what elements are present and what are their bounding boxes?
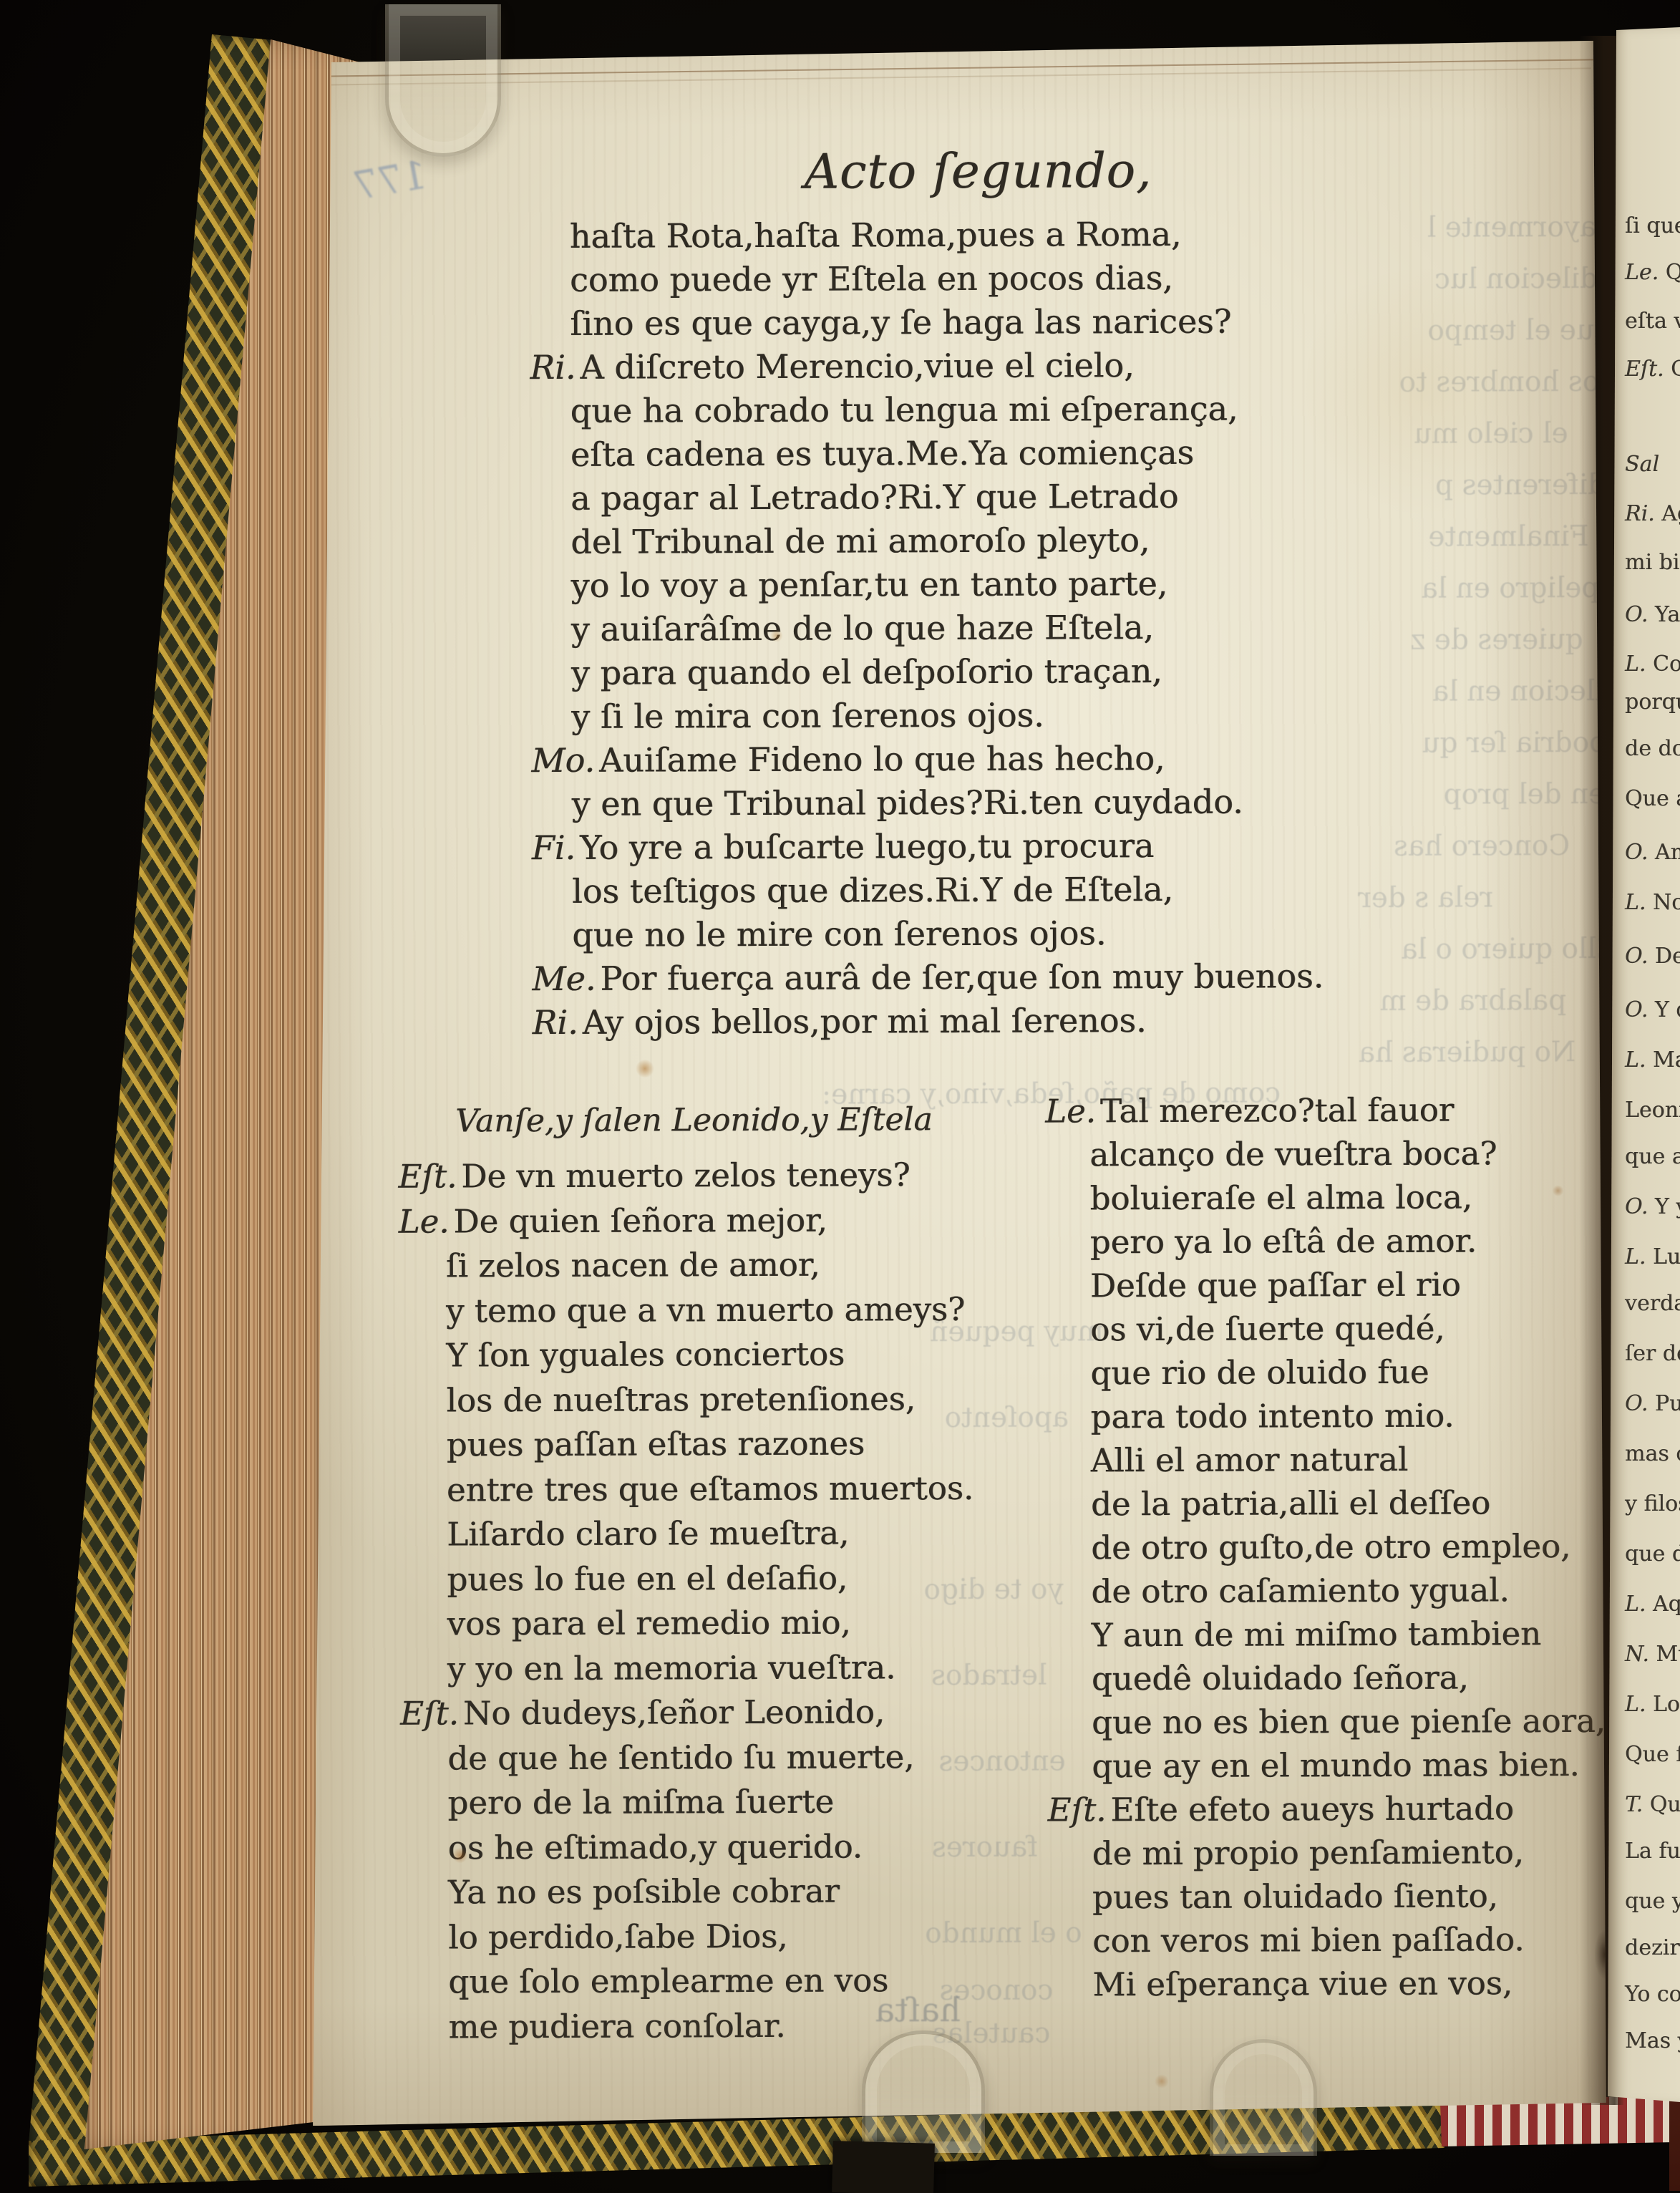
verse-text: del Tribunal de mi amoroſo pleyto, — [570, 521, 1150, 561]
next-page-text-fragment: O. Ya paga — [1625, 602, 1680, 627]
verse-line: pues tan oluidado ſiento, — [1092, 1874, 1606, 1920]
verse-line: que no le mire con ſerenos ojos. — [572, 911, 1324, 957]
next-page-text-fragment: que dez — [1625, 1541, 1680, 1567]
verse-text: Y aun de mi miſmo tambien — [1092, 1615, 1542, 1654]
verse-line: de mi propio penſamiento, — [1092, 1830, 1606, 1876]
next-page-text-fragment: eſta ver — [1625, 309, 1680, 334]
verse-text: lo perdido,ſabe Dios, — [448, 1917, 788, 1956]
verse-text: boluieraſe el alma loca, — [1089, 1178, 1472, 1217]
speaker-abbreviation: Eſt. — [400, 1694, 459, 1732]
page-top-rule — [323, 59, 1594, 77]
glass-clamp-bottom-right — [1210, 2039, 1317, 2156]
verse-line: Eſt.Eſte efeto aueys hurtado — [1092, 1786, 1606, 1832]
speaker-abbreviation: L. — [1625, 1592, 1653, 1617]
verse-line: Me.Por fuerça aurâ de ſer,que ſon muy bu… — [572, 954, 1324, 1001]
verse-text: Eſte efeto aueys hurtado — [1110, 1789, 1514, 1829]
next-page-text-fragment: L. Mas os c — [1625, 1047, 1680, 1073]
speaker-abbreviation: Le. — [399, 1202, 450, 1240]
verse-line: quedê oluidado ſeñora, — [1092, 1655, 1606, 1701]
speaker-abbreviation: O. — [1625, 997, 1655, 1022]
verse-text: Auiſame Fideno lo que has hecho, — [599, 739, 1165, 780]
verse-line: del Tribunal de mi amoroſo pleyto, — [570, 518, 1322, 564]
verse-text: de otro guſto,de otro empleo, — [1091, 1527, 1570, 1567]
verse-text: yo lo voy a penſar,tu en tanto parte, — [570, 564, 1167, 605]
verse-column-right: Le.Tal merezco?tal fauoralcanço de vueſt… — [1089, 1088, 1606, 2006]
speaker-abbreviation: Le. — [1045, 1092, 1096, 1130]
speaker-abbreviation: T. — [1625, 1792, 1650, 1817]
verse-line: alcanço de vueſtra boca? — [1089, 1131, 1603, 1177]
page-top-rule-2 — [324, 67, 1591, 85]
speaker-abbreviation: Ri. — [1625, 501, 1661, 526]
verse-line: pero de la miſma ſuerte — [447, 1779, 974, 1826]
verse-line: Alli el amor natural — [1091, 1437, 1605, 1483]
verse-text: de la patria,alli el deſſeo — [1091, 1483, 1490, 1523]
glass-clamp-top — [385, 4, 501, 157]
speaker-abbreviation: Sal — [1625, 452, 1659, 477]
verse-text: y temo que a vn muerto ameys? — [446, 1289, 965, 1330]
showthrough-text: rela s der — [1358, 881, 1493, 914]
verse-text: Deſde que paſſar el rio — [1090, 1266, 1461, 1305]
next-page-text-fragment: de donde — [1625, 736, 1680, 761]
verse-text: de que he ſentido ſu muerte, — [447, 1738, 914, 1777]
verse-text: que ay en el mundo mas bien. — [1092, 1746, 1580, 1785]
verse-text: Ya no es poſsible cobrar — [448, 1872, 840, 1912]
speaker-abbreviation: L. — [1625, 652, 1653, 677]
speaker-abbreviation: Eſt. — [1047, 1791, 1106, 1829]
verse-text: A diſcreto Merencio,viue el cielo, — [580, 346, 1134, 387]
verse-line: Y aun de mi miſmo tambien — [1092, 1612, 1606, 1657]
verse-line: eſta cadena es tuya.Me.Ya comienças — [570, 430, 1322, 477]
verse-line: Fi.Yo yre a buſcarte luego,tu procura — [572, 823, 1324, 870]
verse-text: con veros mi bien paſſado. — [1092, 1920, 1524, 1960]
next-page-text-fragment: Eſt. Quand — [1625, 357, 1680, 382]
verse-line: y para quando el deſpoſorio traçan, — [571, 649, 1323, 695]
next-page-text-fragment: y filos — [1625, 1491, 1680, 1516]
verse-line: como puede yr Eſtela en pocos dias, — [570, 256, 1321, 302]
verse-text: y para quando el deſpoſorio traçan, — [571, 652, 1162, 692]
verse-text: que ſolo emplearme en vos — [448, 1961, 888, 2000]
verse-line: que ha cobrado tu lengua mi eſperança, — [570, 387, 1322, 433]
next-page-text-fragment: mi bien — [1625, 550, 1680, 575]
verse-text: pues lo fue en el deſafio, — [447, 1559, 848, 1598]
verse-line: que no es bien que pienſe aora, — [1092, 1699, 1606, 1745]
verse-line: Deſde que paſſar el rio — [1090, 1262, 1604, 1308]
verse-text: pues paſſan eſtas razones — [447, 1424, 865, 1463]
speaker-abbreviation: Mo. — [531, 741, 595, 780]
verse-text: para todo intento mio. — [1091, 1397, 1455, 1436]
next-page-text-fragment: L. Lo miſ — [1625, 1692, 1680, 1717]
paper-stain — [636, 1059, 654, 1078]
catchword-showthrough: haſta — [875, 1990, 961, 2029]
verse-text: Y ſon yguales conciertos — [446, 1335, 845, 1375]
showthrough-text: el cielo mu — [1414, 417, 1568, 450]
next-page-text-fragment: Ri. Agora e — [1625, 501, 1680, 526]
showthrough-text: Finalmente — [1428, 521, 1588, 553]
verse-text: los teſtigos que dizes.Ri.Y de Eſtela, — [572, 870, 1173, 911]
showthrough-text: quieres de z — [1411, 624, 1583, 657]
verse-line: entre tres que eſtamos muertos. — [447, 1466, 973, 1512]
verse-line: a pagar al Letrado?Ri.Y que Letrado — [570, 474, 1322, 521]
speaker-abbreviation: Ri. — [530, 348, 576, 387]
verse-text: De vn muerto zelos teneys? — [461, 1156, 910, 1195]
verse-column-left: Eſt.De vn muerto zelos teneys?Le.De quie… — [445, 1153, 976, 2050]
verse-text: que no le mire con ſerenos ojos. — [572, 914, 1106, 954]
next-page-text-fragment: Que aue — [1625, 786, 1680, 811]
showthrough-text: Concero has — [1394, 830, 1570, 863]
verse-line: Le.De quien ſeñora mejor, — [446, 1197, 973, 1244]
next-page-text-fragment: O. De quie — [1625, 944, 1680, 969]
verse-text: Ay ojos bellos,por mi mal ſerenos. — [583, 1001, 1147, 1042]
next-page-text-fragment: que yo — [1625, 1889, 1680, 1914]
verse-text: eſta cadena es tuya.Me.Ya comienças — [570, 433, 1194, 474]
verse-block-top: haſta Rota,haſta Roma,pues a Roma,como p… — [570, 212, 1324, 1045]
next-page-text-fragment: Que ſal — [1625, 1742, 1680, 1767]
next-page-text-fragment: N. Muy bi — [1625, 1642, 1680, 1667]
verse-text: vos para el remedio mio, — [447, 1604, 851, 1643]
verse-line: con veros mi bien paſſado. — [1092, 1917, 1606, 1963]
stage-direction: Vanſe,y ſalen Leonido,y Eſtela — [455, 1101, 933, 1139]
verse-line: para todo intento mio. — [1091, 1393, 1605, 1439]
verse-text: No dudeys,ſeñor Leonido, — [463, 1693, 885, 1732]
verse-line: Le.Tal merezco?tal fauor — [1089, 1088, 1603, 1133]
next-page-text-fragment: L. Luego e — [1625, 1244, 1680, 1269]
verse-text: pues tan oluidado ſiento, — [1092, 1877, 1498, 1916]
verse-line: de que he ſentido ſu muerte, — [447, 1734, 974, 1781]
verse-text: y auiſarâſme de lo que haze Eſtela, — [571, 608, 1154, 649]
verse-text: ſino es que cayga,y ſe haga las narices? — [570, 302, 1231, 343]
next-page-text-fragment: ſi que tr — [1625, 213, 1680, 238]
clamp-holder-rod — [832, 2141, 935, 2193]
verse-text: Yo yre a buſcarte luego,tu procura — [580, 826, 1154, 867]
speaker-abbreviation: L. — [1625, 1692, 1653, 1717]
verse-line: de otro caſamiento ygual. — [1091, 1568, 1605, 1614]
verse-line: de la patria,alli el deſſeo — [1091, 1481, 1605, 1526]
paper-stain — [1155, 2074, 1169, 2088]
next-page-sliver: ſi que trLe. Quandeſta verEſt. QuandSal … — [1606, 27, 1680, 2105]
verse-text: Por fuerça aurâ de ſer,que ſon muy bueno… — [600, 957, 1324, 998]
act-heading: Acto ſegundo, — [804, 142, 1348, 200]
verse-text: quedê oluidado ſeñora, — [1092, 1659, 1469, 1698]
verse-line: ſi zelos nacen de amor, — [446, 1242, 973, 1289]
verse-line: y temo que a vn muerto ameys? — [446, 1287, 973, 1333]
next-page-text-fragment: ſer de — [1625, 1341, 1680, 1366]
verse-text: a pagar al Letrado?Ri.Y que Letrado — [570, 477, 1179, 518]
showthrough-text: palabra de m — [1380, 984, 1567, 1017]
speaker-abbreviation: Le. — [1625, 260, 1666, 285]
next-page-text-fragment: dezir o — [1625, 1935, 1680, 1960]
verse-line: os he eſtimado,y querido. — [448, 1824, 975, 1870]
speaker-abbreviation: L. — [1625, 890, 1653, 915]
verse-line: vos para el remedio mio, — [447, 1600, 974, 1647]
next-page-text-fragment: mas cie — [1625, 1441, 1680, 1466]
verse-line: Mo.Auiſame Fideno lo que has hecho, — [571, 736, 1323, 783]
verse-line: y yo en la memoria vueſtra. — [447, 1645, 974, 1691]
verse-line: y ſi le mira con ſerenos ojos. — [571, 692, 1323, 739]
verse-line: Ya no es poſsible cobrar — [448, 1869, 975, 1915]
next-page-text-fragment: Sal — [1625, 452, 1659, 477]
speaker-abbreviation: Me. — [532, 959, 596, 998]
next-page-text-fragment: O. Amor j — [1625, 840, 1680, 865]
verse-line: que ay en el mundo mas bien. — [1092, 1743, 1606, 1788]
verse-text: y en que Tribunal pides?Ri.ten cuydado. — [572, 783, 1243, 823]
next-page-text-fragment: L. Aqui e — [1625, 1592, 1680, 1617]
verse-text: os he eſtimado,y querido. — [448, 1827, 863, 1867]
verse-text: de mi propio penſamiento, — [1092, 1833, 1524, 1872]
verse-text: que no es bien que pienſe aora, — [1092, 1702, 1606, 1742]
next-page-text-fragment: O. Y de la r — [1625, 997, 1680, 1022]
verse-text: Tal merezco?tal fauor — [1100, 1091, 1454, 1131]
verse-line: Ri.A diſcreto Merencio,viue el cielo, — [570, 343, 1321, 389]
speaker-abbreviation: O. — [1625, 1391, 1655, 1416]
verse-text: y ſi le mira con ſerenos ojos. — [571, 696, 1044, 736]
verse-text: los de nueſtras pretenſiones, — [446, 1380, 916, 1419]
speaker-abbreviation: L. — [1625, 1047, 1653, 1073]
next-page-text-fragment: Yo con t — [1625, 1982, 1680, 2007]
verse-line: yo lo voy a penſar,tu en tanto parte, — [570, 561, 1322, 608]
book-page: 177 mayormente ly dilecion lucque el tem… — [303, 39, 1610, 2127]
verse-text: y yo en la memoria vueſtra. — [447, 1648, 896, 1688]
speaker-abbreviation: O. — [1625, 840, 1655, 865]
verse-text: como puede yr Eſtela en pocos dias, — [570, 258, 1173, 299]
next-page-text-fragment: T. Quando — [1625, 1792, 1680, 1817]
verse-text: Mi eſperança viue en vos, — [1092, 1964, 1513, 2003]
speaker-abbreviation: O. — [1625, 1194, 1655, 1219]
verse-line: que rio de oluido fue — [1090, 1350, 1604, 1395]
verse-line: pues lo fue en el deſafio, — [447, 1555, 973, 1602]
verse-text: pero de la miſma ſuerte — [447, 1783, 834, 1822]
verse-text: me pudiera conſolar. — [449, 2006, 786, 2046]
showthrough-text: peligro en la — [1422, 572, 1600, 605]
page-number-showthrough: 177 — [350, 152, 431, 209]
verse-line: boluieraſe el alma loca, — [1089, 1175, 1603, 1221]
speaker-abbreviation: Eſt. — [398, 1157, 457, 1195]
verse-line: Mi eſperança viue en vos, — [1092, 1961, 1606, 2007]
showthrough-text: No pudieras ha — [1359, 1036, 1575, 1069]
verse-text: que ha cobrado tu lengua mi eſperança, — [570, 389, 1238, 430]
verse-text: de otro caſamiento ygual. — [1091, 1571, 1509, 1610]
next-page-text-fragment: verdad?C — [1625, 1291, 1680, 1316]
verse-text: ſi zelos nacen de amor, — [446, 1246, 820, 1285]
next-page-text-fragment: Mas yo — [1625, 2028, 1680, 2053]
speaker-abbreviation: O. — [1625, 602, 1655, 627]
speaker-abbreviation: Ri. — [533, 1003, 578, 1042]
verse-line: haſta Rota,haſta Roma,pues a Roma, — [570, 212, 1321, 258]
speaker-abbreviation: O. — [1625, 944, 1655, 969]
verse-text: Liſardo claro ſe mueſtra, — [447, 1514, 849, 1554]
verse-line: pues paſſan eſtas razones — [447, 1421, 973, 1468]
verse-line: los teſtigos que dizes.Ri.Y de Eſtela, — [572, 867, 1324, 914]
verse-text: que rio de oluido fue — [1090, 1353, 1429, 1393]
verse-line: y auiſarâſme de lo que haze Eſtela, — [571, 605, 1323, 652]
next-page-text-fragment: Le. Quand — [1625, 260, 1680, 285]
next-page-text-fragment: O. Pues — [1625, 1391, 1680, 1416]
speaker-abbreviation: Fi. — [532, 828, 576, 867]
verse-line: pero ya lo eſtâ de amor. — [1090, 1219, 1604, 1264]
verse-line: Eſt.No dudeys,ſeñor Leonido, — [447, 1690, 974, 1736]
verse-line: Ri.Ay ojos bellos,por mi mal ſerenos. — [573, 998, 1324, 1045]
verse-line: Liſardo claro ſe mueſtra, — [447, 1511, 973, 1557]
next-page-text-fragment: O. Y yo ma — [1625, 1194, 1680, 1219]
verse-text: haſta Rota,haſta Roma,pues a Roma, — [570, 215, 1182, 256]
glass-clamp-bottom — [862, 2030, 985, 2153]
speaker-abbreviation: N. — [1625, 1642, 1656, 1667]
verse-line: os vi,de ſuerte quedé, — [1090, 1306, 1604, 1352]
verse-line: Y ſon yguales conciertos — [446, 1332, 973, 1378]
verse-line: ſino es que cayga,y ſe haga las narices? — [570, 299, 1321, 346]
verse-line: los de nueſtras pretenſiones, — [446, 1376, 973, 1423]
photo-background: 177 mayormente ly dilecion lucque el tem… — [0, 0, 1680, 2193]
next-page-text-fragment: L. No veys — [1625, 890, 1680, 915]
next-page-text-fragment: La fueſ — [1625, 1839, 1680, 1864]
verse-line: y en que Tribunal pides?Ri.ten cuydado. — [572, 780, 1324, 826]
verse-text: alcanço de vueſtra boca? — [1089, 1134, 1497, 1173]
verse-text: De quien ſeñora mejor, — [453, 1201, 827, 1240]
next-page-text-fragment: porque r — [1625, 689, 1680, 715]
next-page-text-fragment: que ay m — [1625, 1144, 1680, 1169]
speaker-abbreviation: L. — [1625, 1244, 1653, 1269]
verse-line: lo perdido,ſabe Dios, — [448, 1913, 975, 1960]
verse-text: Alli el amor natural — [1091, 1441, 1409, 1480]
verse-text: entre tres que eſtamos muertos. — [447, 1468, 973, 1509]
speaker-abbreviation: Eſt. — [1625, 357, 1671, 382]
verse-line: de otro guſto,de otro empleo, — [1091, 1524, 1605, 1570]
verse-text: pero ya lo eſtâ de amor. — [1090, 1221, 1477, 1261]
showthrough-text: los hombres to — [1399, 366, 1608, 399]
verse-line: Eſt.De vn muerto zelos teneys? — [445, 1153, 972, 1199]
verse-text: os vi,de ſuerte quedé, — [1090, 1309, 1444, 1349]
next-page-text-fragment: Leonido — [1625, 1098, 1680, 1123]
next-page-text-fragment: L. Como c — [1625, 652, 1680, 677]
